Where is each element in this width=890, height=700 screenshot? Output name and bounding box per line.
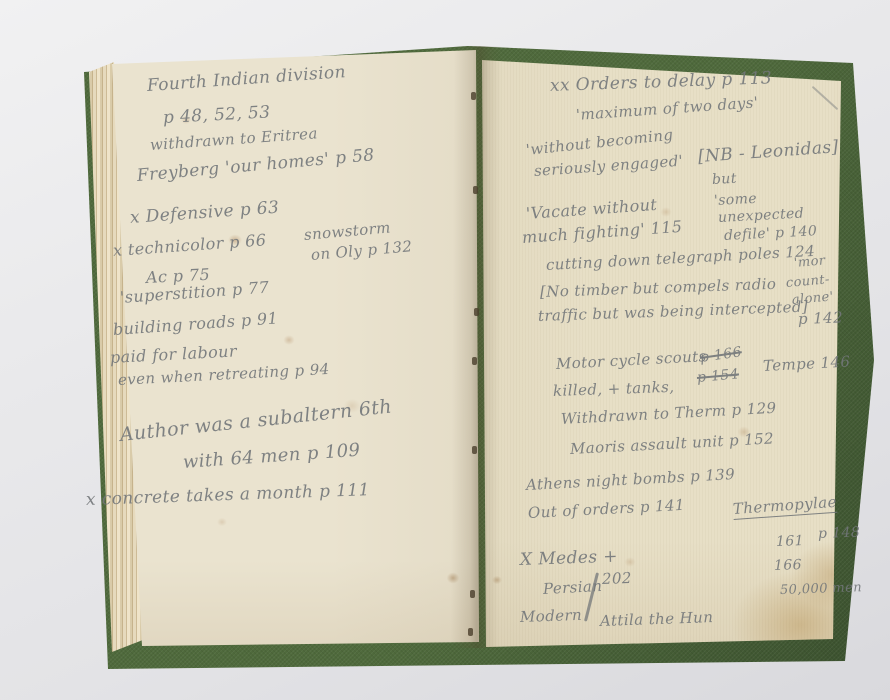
handwritten-line: 166 bbox=[774, 557, 802, 574]
stitch-mark bbox=[473, 186, 478, 194]
handwritten-line: X Medes + bbox=[520, 547, 619, 570]
handwritten-line: 161 bbox=[776, 533, 804, 550]
handwritten-line: but bbox=[712, 171, 738, 188]
handwritten-line: p 148 bbox=[818, 525, 861, 542]
handwritten-line: 202 bbox=[602, 569, 632, 588]
handwritten-line: Modern bbox=[520, 606, 583, 626]
stitch-mark bbox=[472, 357, 477, 365]
handwritten-line: p 142 bbox=[798, 308, 844, 328]
stitch-mark bbox=[472, 446, 477, 454]
stitch-mark bbox=[471, 92, 476, 100]
handwritten-line: 50,000 men bbox=[780, 580, 862, 598]
gutter bbox=[450, 46, 501, 648]
handwritten-line: 'some bbox=[714, 191, 758, 209]
stitch-mark bbox=[470, 590, 475, 598]
stitch-mark bbox=[468, 628, 473, 636]
handwritten-line: 'mor bbox=[793, 253, 826, 271]
stitch-mark bbox=[474, 308, 479, 316]
book-photo: Fourth Indian division p 48, 52, 53 with… bbox=[0, 0, 890, 700]
